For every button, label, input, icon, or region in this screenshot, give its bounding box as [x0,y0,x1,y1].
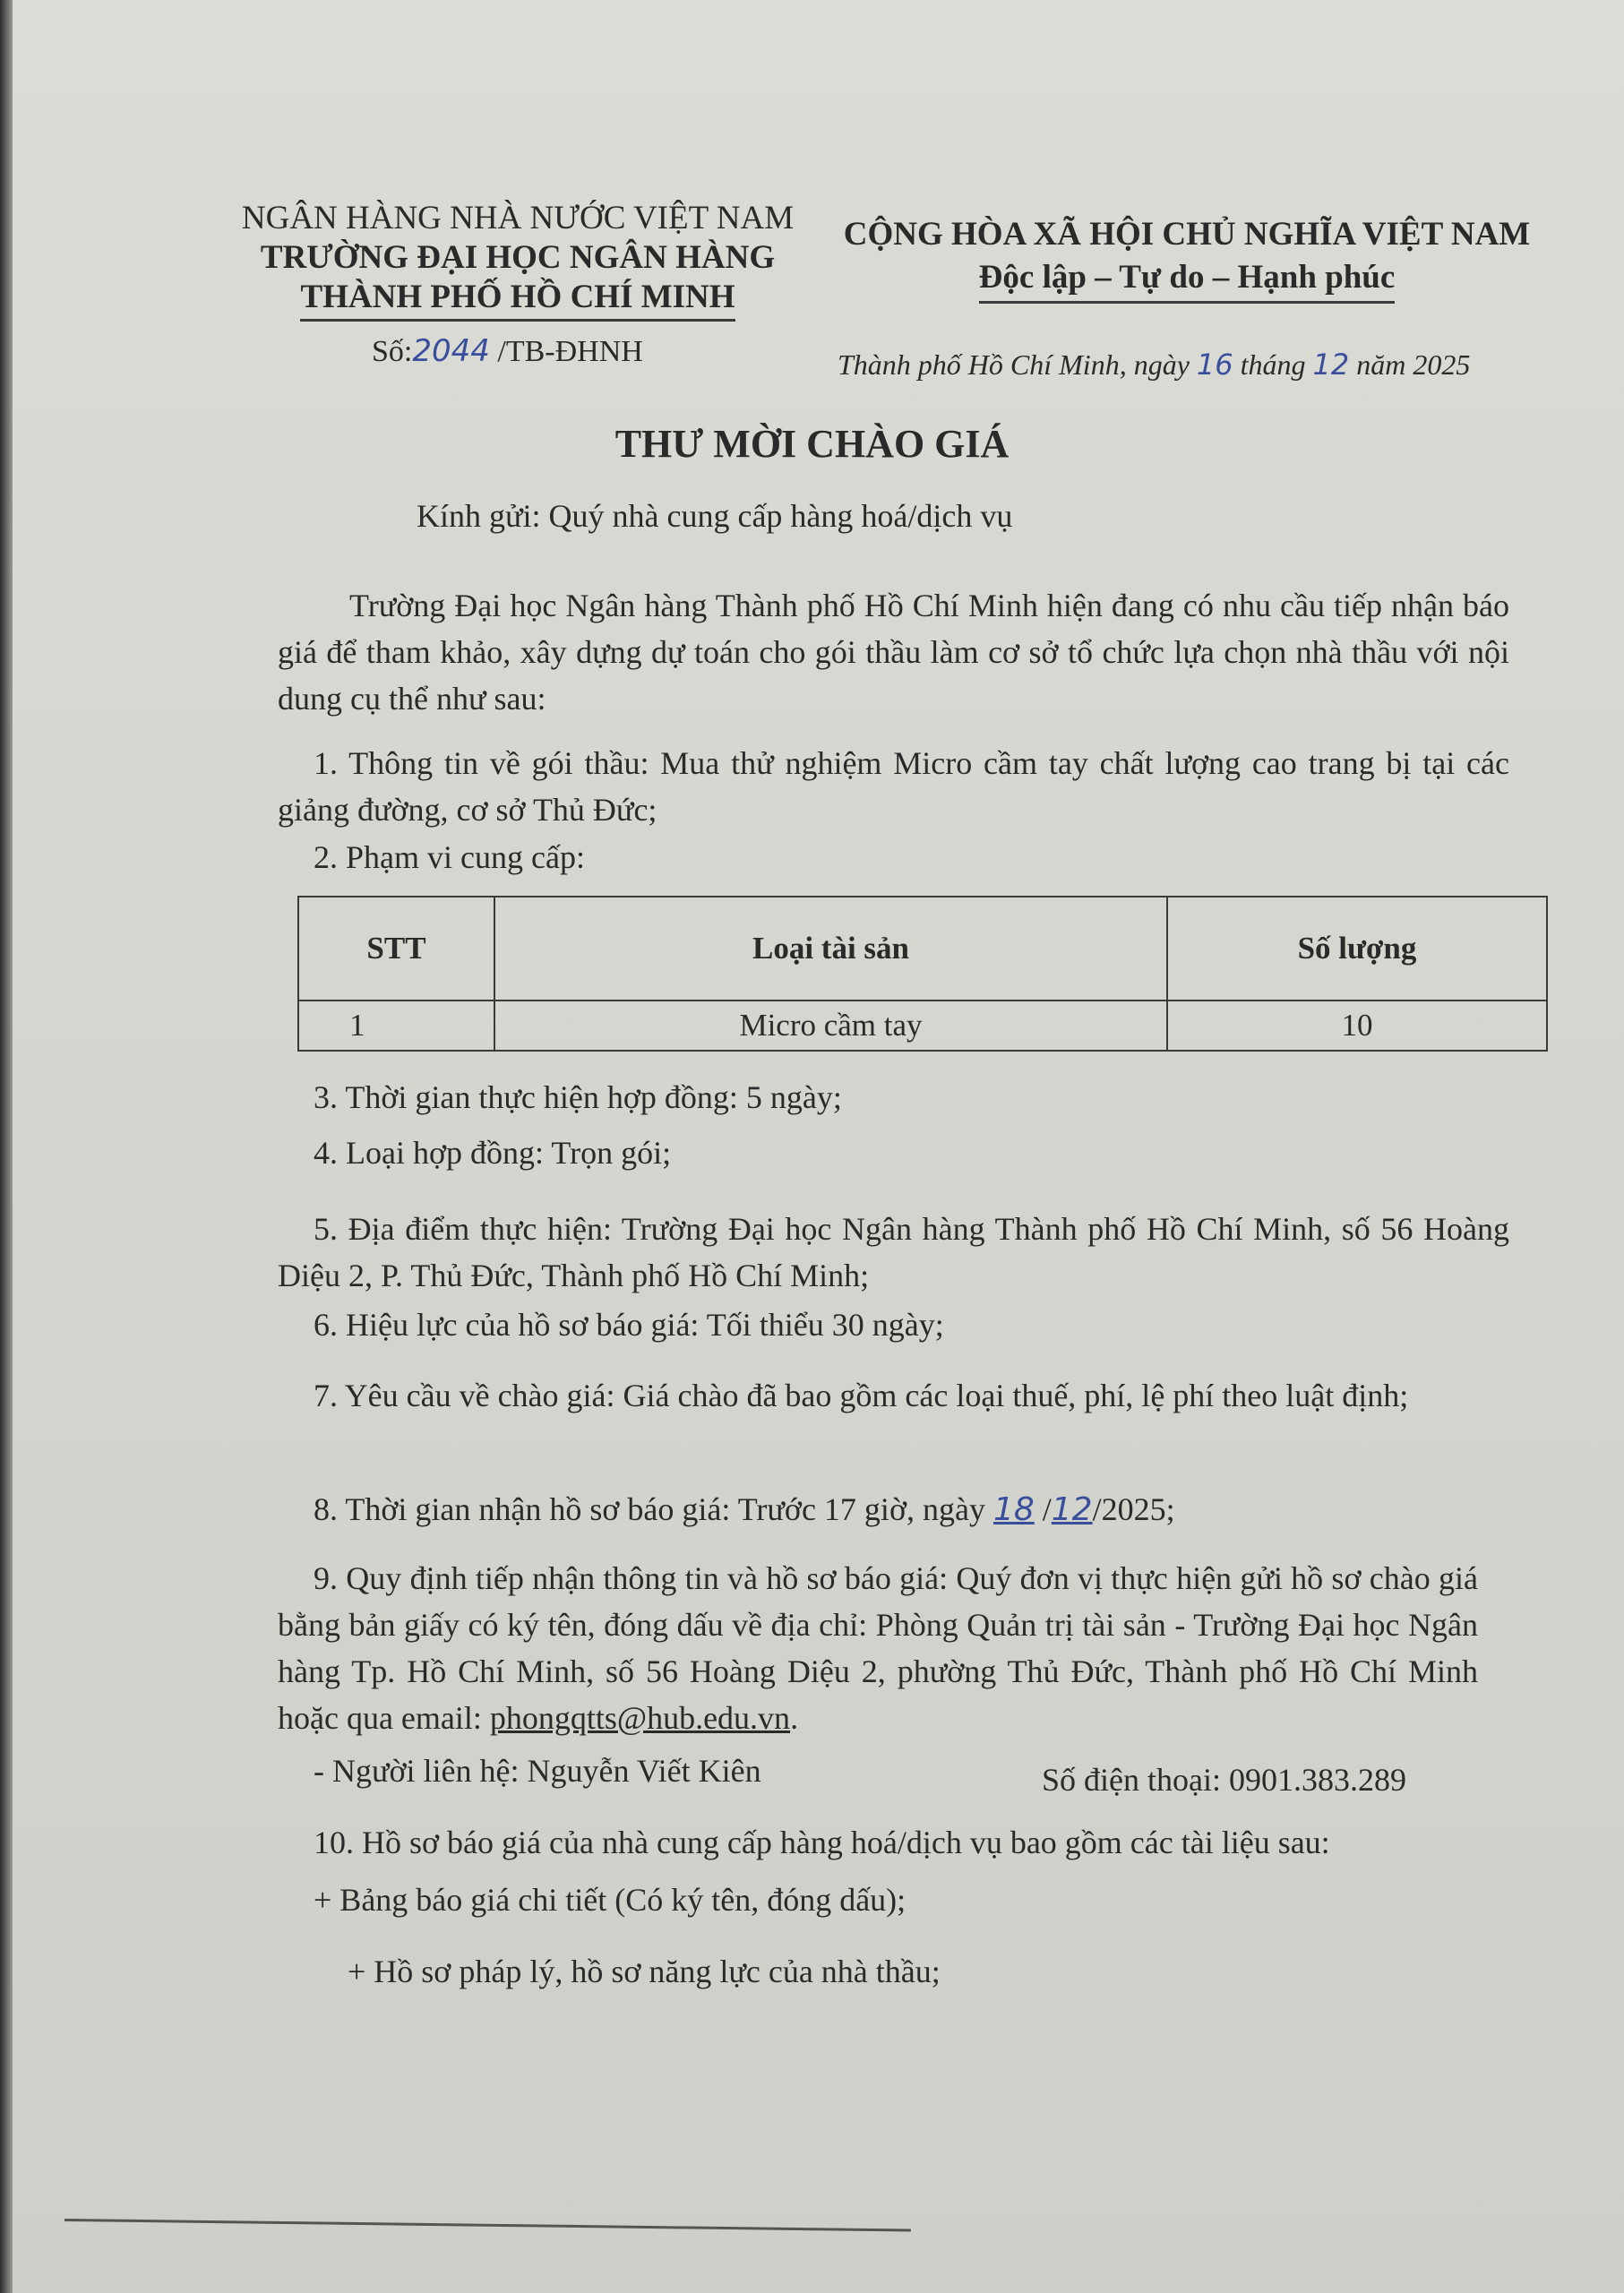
issuer-line-3: THÀNH PHỐ HỒ CHÍ MINH [300,278,735,322]
contact-person: - Người liên hệ: Nguyễn Viết Kiên [314,1752,761,1790]
item-2: 2. Phạm vi cung cấp: [314,838,585,876]
item-6: 6. Hiệu lực của hồ sơ báo giá: Tối thiểu… [314,1306,944,1344]
national-motto: Độc lập – Tự do – Hạnh phúc [979,256,1396,304]
number-prefix: Số: [372,335,412,368]
number-suffix: /TB-ĐHNH [490,335,643,368]
item-8-prefix: 8. Thời gian nhận hồ sơ báo giá: Trước 1… [314,1491,993,1527]
document-number: Số:2044 /TB-ĐHNH [372,333,643,369]
number-handwritten: 2044 [412,333,490,369]
scope-table: STT Loại tài sản Số lượng 1 Micro cầm ta… [297,896,1548,1052]
date-prefix: Thành phố Hồ Chí Minh, ngày [838,348,1197,381]
footnote-divider [64,2219,911,2232]
col-header-asset: Loại tài sản [494,897,1167,1001]
document-page: NGÂN HÀNG NHÀ NƯỚC VIỆT NAM TRƯỜNG ĐẠI H… [0,0,1624,2293]
page-edge [0,0,13,2293]
salutation: Kính gửi: Quý nhà cung cấp hàng hoá/dịch… [417,497,1012,535]
item-3: 3. Thời gian thực hiện hợp đồng: 5 ngày; [314,1078,842,1116]
contact-email-link[interactable]: phongqtts@hub.edu.vn [490,1700,790,1736]
item-8: 8. Thời gian nhận hồ sơ báo giá: Trước 1… [314,1490,1175,1528]
date-month-label: tháng [1233,348,1313,381]
item-10-b: + Hồ sơ pháp lý, hồ sơ năng lực của nhà … [348,1953,941,1990]
issue-date: Thành phố Hồ Chí Minh, ngày 16 tháng 12 … [838,348,1470,382]
table-header-row: STT Loại tài sản Số lượng [298,897,1547,1001]
issuer-header: NGÂN HÀNG NHÀ NƯỚC VIỆT NAM TRƯỜNG ĐẠI H… [240,199,795,322]
item-4: 4. Loại hợp đồng: Trọn gói; [314,1134,671,1172]
date-year: năm 2025 [1349,348,1470,381]
deadline-day: 18 [993,1491,1035,1528]
deadline-month: 12 [1052,1491,1093,1528]
item-9: 9. Quy định tiếp nhận thông tin và hồ sơ… [278,1555,1478,1741]
item-1: 1. Thông tin về gói thầu: Mua thử nghiệm… [278,740,1509,833]
national-header: CỘNG HÒA XÃ HỘI CHỦ NGHĨA VIỆT NAM Độc l… [838,213,1536,304]
issuer-line-1: NGÂN HÀNG NHÀ NƯỚC VIỆT NAM [240,199,795,238]
date-day: 16 [1197,348,1233,382]
col-header-stt: STT [298,897,494,1001]
item-9-text: 9. Quy định tiếp nhận thông tin và hồ sơ… [278,1560,1478,1736]
item-10: 10. Hồ sơ báo giá của nhà cung cấp hàng … [314,1824,1330,1861]
item-7: 7. Yêu cầu về chào giá: Giá chào đã bao … [278,1372,1509,1419]
issuer-line-2: TRƯỜNG ĐẠI HỌC NGÂN HÀNG [240,238,795,278]
date-month: 12 [1313,348,1350,382]
cell-asset: Micro cầm tay [494,1001,1167,1051]
document-title: THƯ MỜI CHÀO GIÁ [0,421,1624,467]
table-row: 1 Micro cầm tay 10 [298,1001,1547,1051]
cell-quantity: 10 [1167,1001,1547,1051]
intro-paragraph: Trường Đại học Ngân hàng Thành phố Hồ Ch… [278,582,1509,722]
col-header-quantity: Số lượng [1167,897,1547,1001]
item-9-end: . [790,1700,798,1736]
national-title: CỘNG HÒA XÃ HỘI CHỦ NGHĨA VIỆT NAM [838,213,1536,256]
item-10-a: + Bảng báo giá chi tiết (Có ký tên, đóng… [314,1881,906,1919]
contact-phone: Số điện thoại: 0901.383.289 [1042,1761,1406,1799]
item-5: 5. Địa điểm thực hiện: Trường Đại học Ng… [278,1206,1509,1299]
item-8-suffix: /2025; [1093,1491,1175,1527]
cell-stt: 1 [298,1001,494,1051]
